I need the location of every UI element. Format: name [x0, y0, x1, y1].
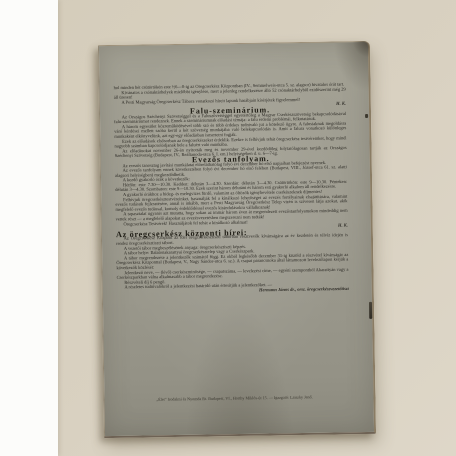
staple-mark	[369, 302, 372, 319]
booklet-back-page: hol minden hét csütörtökén este ½6—8-ig …	[98, 41, 376, 438]
folded-corner	[353, 41, 369, 57]
photo-of-booklet-page: hol minden hét csütörtökén este ½6—8-ig …	[0, 0, 456, 456]
staple-mark	[365, 114, 368, 118]
printer-imprint-line: „Élet” Irodalmi és Nyomda Rt. Budapest, …	[117, 394, 351, 408]
printer-imprint-text: „Élet” Irodalmi és Nyomda Rt. Budapest, …	[117, 394, 351, 402]
photo-background-strip	[0, 0, 58, 456]
printed-text-column: hol minden hét csütörtökén este ½6—8-ig …	[114, 82, 351, 392]
